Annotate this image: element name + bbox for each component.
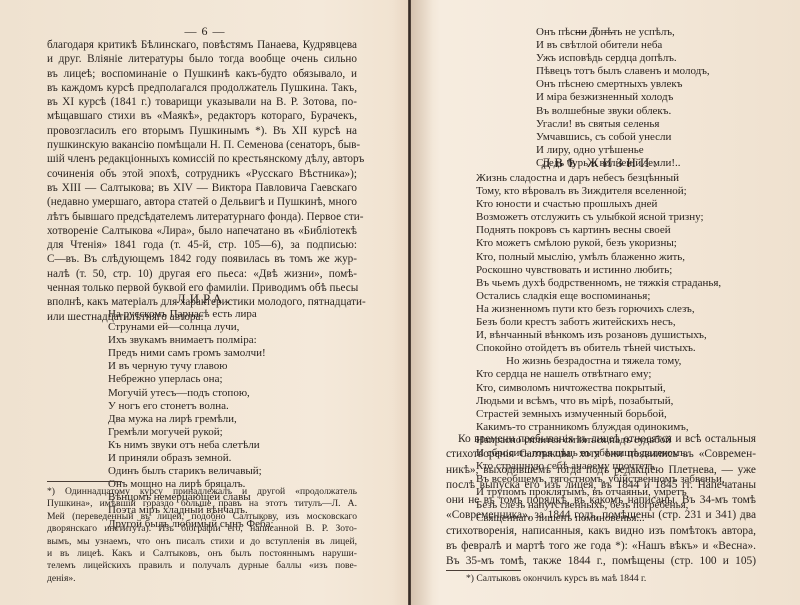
verse-line: И міра безжизненный холодъ [536, 91, 710, 104]
verse-line: Пѣвецъ тотъ былъ славенъ и молодъ, [536, 65, 710, 78]
footnote-line: денія». [47, 573, 357, 585]
verse-line: Струнами ей—солнца лучи, [108, 321, 274, 334]
text-line: провозгласилъ его вторымъ Пушкинымъ *). … [47, 124, 357, 138]
text-line: и друг. Вліяніе литературы было тогда во… [47, 52, 357, 66]
text-line: пушкинскую вакансію помѣщали Н. П. Семен… [47, 138, 357, 152]
left-page: — 6 — благодаря критикѣ Бѣлинскаго, повѣ… [0, 0, 408, 605]
footnote-rule [446, 570, 521, 571]
verse-line: У ногъ его стонетъ волна. [108, 400, 274, 413]
text-line: въ XIII — Салтыкова; въ XIV — Виктора Па… [47, 181, 357, 195]
verse-line: На русскомъ Парнасѣ есть лира [108, 308, 274, 321]
text-line: налѣ (т. 50, стр. 10) другая его пьеса: … [47, 267, 357, 281]
body-text: Ко времени пребыванія въ лицеѣ относятся… [446, 432, 756, 570]
footnote: *) Одиннадцатому курсу принадлежалъ и др… [47, 486, 357, 585]
text-line: (недавно умершаго, автора статей о Дельв… [47, 195, 357, 209]
text-line: въ лицеѣ; воспоминаніе о Пушкинѣ какъ-бу… [47, 67, 357, 81]
verse-line: И въ черную тучу главою [108, 360, 274, 373]
verse-line: Ихъ звукамъ внимаетъ полміра: [108, 334, 274, 347]
text-line: хотвореніе Салтыкова «Лира», было напеча… [47, 224, 357, 238]
body-text: благодаря критикѣ Бѣлинскаго, повѣстямъ … [47, 38, 357, 324]
verse-line: И въ свѣтлой обители неба [536, 39, 710, 52]
verse-line: И, вѣнчанный вѣнкомъ изъ розановъ душист… [476, 329, 725, 342]
text-line: никѣ», выходившемъ тогда подъ редакціею … [446, 463, 756, 478]
footnote-line: *) Одиннадцатому курсу принадлежалъ и др… [47, 486, 357, 498]
verse-line: Кто, символомъ ничтожества покрытый, [476, 382, 725, 395]
verse-line: Одинъ былъ старикъ величавый; [108, 465, 274, 478]
footnote-line: дворянскаго института). Изъ біографіи ег… [47, 523, 357, 535]
verse-line: Возможетъ отслужить съ улыбкой ясной три… [476, 211, 725, 224]
text-line: въ каждомъ курсѣ предполагался продолжат… [47, 81, 357, 95]
poem-title-lira: ЛИРА. [0, 291, 410, 307]
verse-line: Могучій утесъ—подъ стопою, [108, 387, 274, 400]
text-line: мѣщавшаго стихи въ «Маякѣ», редакторъ ко… [47, 109, 357, 123]
text-line: сочиненія объ этой эпохѣ, сотрудникъ «Ру… [47, 167, 357, 181]
verse-line: Безъ боли крестъ заботъ житейскихъ несъ, [476, 316, 725, 329]
text-line: «Современника», за 1844 годъ, помѣщены (… [446, 508, 756, 523]
text-line: въ XI курсѣ (1841 г.) товарищи указывали… [47, 95, 357, 109]
verse-line: Гремѣли могучей рукой; [108, 426, 274, 439]
verse-line: Остались сладкія еще воспоминанья; [476, 290, 725, 303]
verse-line: Предъ ними самъ громъ замолчи! [108, 347, 274, 360]
verse-line: И приняли образъ земной. [108, 452, 274, 465]
text-line: стихотворенія, написанныя, какъ видно из… [446, 524, 756, 539]
text-line: стихотворенія Салтыкова, хотя они появил… [446, 447, 756, 462]
text-line: Въ 35-мъ томѣ, также 1844 г., помѣщены (… [446, 554, 756, 569]
right-page: — 7 — Онъ пѣсни допѣть не успѣлъ,И въ св… [411, 0, 800, 605]
text-line: послѣ выпуска его изъ лицея, въ 1844 и 1… [446, 478, 756, 493]
text-line: они не въ томъ порядкѣ, въ какомъ написа… [446, 493, 756, 508]
footnote-line: вымъ, мы узнаемъ, что онъ писалъ стихи и… [47, 536, 357, 548]
text-line: С—въ. Въ слѣдующемъ 1842 году появилась … [47, 252, 357, 266]
verse-line: Онъ пѣсни допѣть не успѣлъ, [536, 26, 710, 39]
footnote-rule [47, 481, 122, 482]
verse-line: Небрежно уперлась она; [108, 373, 274, 386]
verse-line: Жизнь сладостна и даръ небесъ безцѣнный [476, 172, 725, 185]
verse-line: Къ нимъ звуки отъ неба слетѣли [108, 439, 274, 452]
text-line: благодаря критикѣ Бѣлинскаго, повѣстямъ … [47, 38, 357, 52]
verse-line: Въ волшебные звуки облекъ. [536, 105, 710, 118]
page-number: — 6 — [0, 24, 410, 39]
poem-lira-continuation: Онъ пѣсни допѣть не успѣлъ,И въ свѣтлой … [536, 26, 710, 170]
verse-line: Поднять покровъ съ картинъ весны своей [476, 224, 725, 237]
verse-line: Кто, полный мыслію, умѣлъ блаженно жить, [476, 251, 725, 264]
verse-line: Тому, кто вѣровалъ въ Зиждителя вселенно… [476, 185, 725, 198]
footnote-line: Пушкина», имѣвшій гораздо больше правъ н… [47, 498, 357, 510]
verse-line: Роскошно чувствовать и истинно любить; [476, 264, 725, 277]
text-line: лѣтъ бывшаго предсѣдателемъ литературнаг… [47, 210, 357, 224]
text-line: въ февралѣ и мартѣ того же года *): «Наш… [446, 539, 756, 554]
verse-line: Кто можетъ смѣлою рукой, безъ укоризны; [476, 237, 725, 250]
footnote-line: телемъ лицейскихъ правилъ и получалъ дур… [47, 560, 357, 572]
verse-line: Умчавшись, съ собой унесли [536, 131, 710, 144]
verse-line: Людьми и всѣмъ, что въ мірѣ, позабытый, [476, 395, 725, 408]
verse-line: Въ чьемъ духѣ бодрственномъ, не тяжкія с… [476, 277, 725, 290]
footnote-line: и въ лицеѣ. Какъ и Салтыковъ, онъ былъ п… [47, 548, 357, 560]
verse-line: Угасли! въ святыя селенья [536, 118, 710, 131]
footnote-line: *) Салтыковъ окончилъ курсъ въ маѣ 1844 … [466, 573, 726, 585]
footnote-line: Мей (переведенный въ лицей, подобно Салт… [47, 511, 357, 523]
verse-line: Два мужа на лирѣ гремѣли, [108, 413, 274, 426]
poem-title-dve-zhizni: ДВѢ ЖИЗНИ. [411, 155, 791, 171]
text-line: для Чтенія» 1841 года (т. 45-й, стр. 105… [47, 238, 357, 252]
verse-line: Ужъ исповѣдь сердца допѣлъ. [536, 52, 710, 65]
verse-line: Спокойно отойдетъ въ обитель тѣней чисты… [476, 342, 725, 355]
book-spread: — 6 — благодаря критикѣ Бѣлинскаго, повѣ… [0, 0, 800, 605]
verse-line: Но жизнь безрадостна и тяжела тому, [476, 355, 725, 368]
text-line: шій членъ редакціонныхъ комиссій по крес… [47, 152, 357, 166]
text-line: Ко времени пребыванія въ лицеѣ относятся… [446, 432, 756, 447]
verse-line: Кто сердца не нашелъ отвѣтнаго ему; [476, 368, 725, 381]
verse-line: Кто юности и счастью прошлыхъ дней [476, 198, 725, 211]
verse-line: Страстей земныхъ измученный борьбой, [476, 408, 725, 421]
verse-line: На жизненномъ пути кто безъ горючихъ сле… [476, 303, 725, 316]
footnote: *) Салтыковъ окончилъ курсъ въ маѣ 1844 … [466, 573, 726, 585]
verse-line: Онъ пѣснею смертныхъ увлекъ [536, 78, 710, 91]
